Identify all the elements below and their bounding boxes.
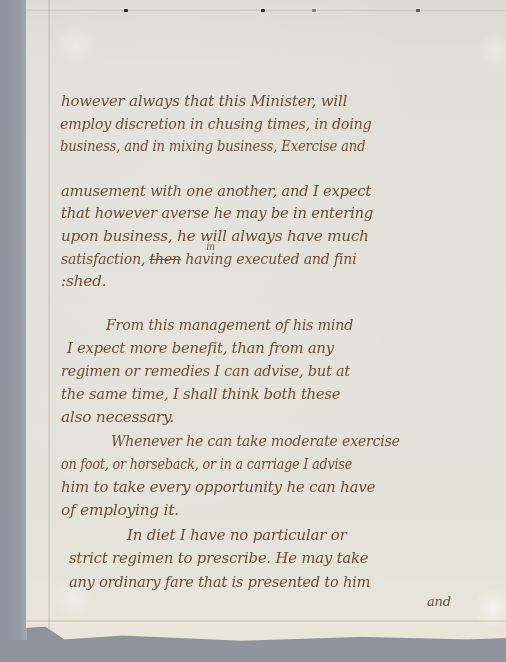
binding-hole <box>416 9 420 12</box>
manuscript-line: any ordinary fare that is presented to h… <box>69 571 370 593</box>
left-fold-crease <box>48 0 50 642</box>
catchword: and <box>427 592 451 614</box>
manuscript-line: :shed. <box>61 270 106 292</box>
interlinear-insertion: in <box>206 237 215 259</box>
bottom-fold-crease <box>26 620 506 622</box>
struck-through-word: then <box>150 250 181 268</box>
manuscript-line: on foot, or horseback, or in a carriage … <box>61 453 352 475</box>
manuscript-line: I expect more benefit, than from any <box>67 337 334 359</box>
manuscript-line: him to take every opportunity he can hav… <box>61 476 375 498</box>
manuscript-line-with-correction: satisfaction, thenin having executed and… <box>61 248 356 270</box>
manuscript-line: strict regimen to prescribe. He may take <box>69 547 368 569</box>
text-before-correction: satisfaction, <box>61 250 150 268</box>
manuscript-line: of employing it. <box>61 499 179 521</box>
manuscript-line: that however averse he may be in enterin… <box>61 202 373 224</box>
scan-background-left <box>0 0 27 662</box>
manuscript-line: Whenever he can take moderate exercise <box>111 430 400 452</box>
paper-stain <box>481 30 506 70</box>
manuscript-line: amusement with one another, and I expect <box>61 180 371 202</box>
paper-stain <box>56 25 96 65</box>
manuscript-line: From this management of his mind <box>106 314 353 336</box>
binding-holes <box>96 9 476 13</box>
binding-hole <box>312 9 316 12</box>
manuscript-line: In diet I have no particular or <box>127 524 347 546</box>
manuscript-line: business, and in mixing business, Exerci… <box>60 135 365 157</box>
manuscript-line: also necessary. <box>61 406 174 428</box>
binding-hole <box>261 9 265 12</box>
scan-background-bottom <box>0 640 506 662</box>
manuscript-line: regimen or remedies I can advise, but at <box>61 360 350 382</box>
paper-stain <box>476 585 506 630</box>
manuscript-line: the same time, I shall think both these <box>61 383 340 405</box>
manuscript-line: employ discretion in chusing times, in d… <box>60 113 372 135</box>
manuscript-line: however always that this Minister, will <box>61 90 347 112</box>
binding-hole <box>124 9 128 12</box>
